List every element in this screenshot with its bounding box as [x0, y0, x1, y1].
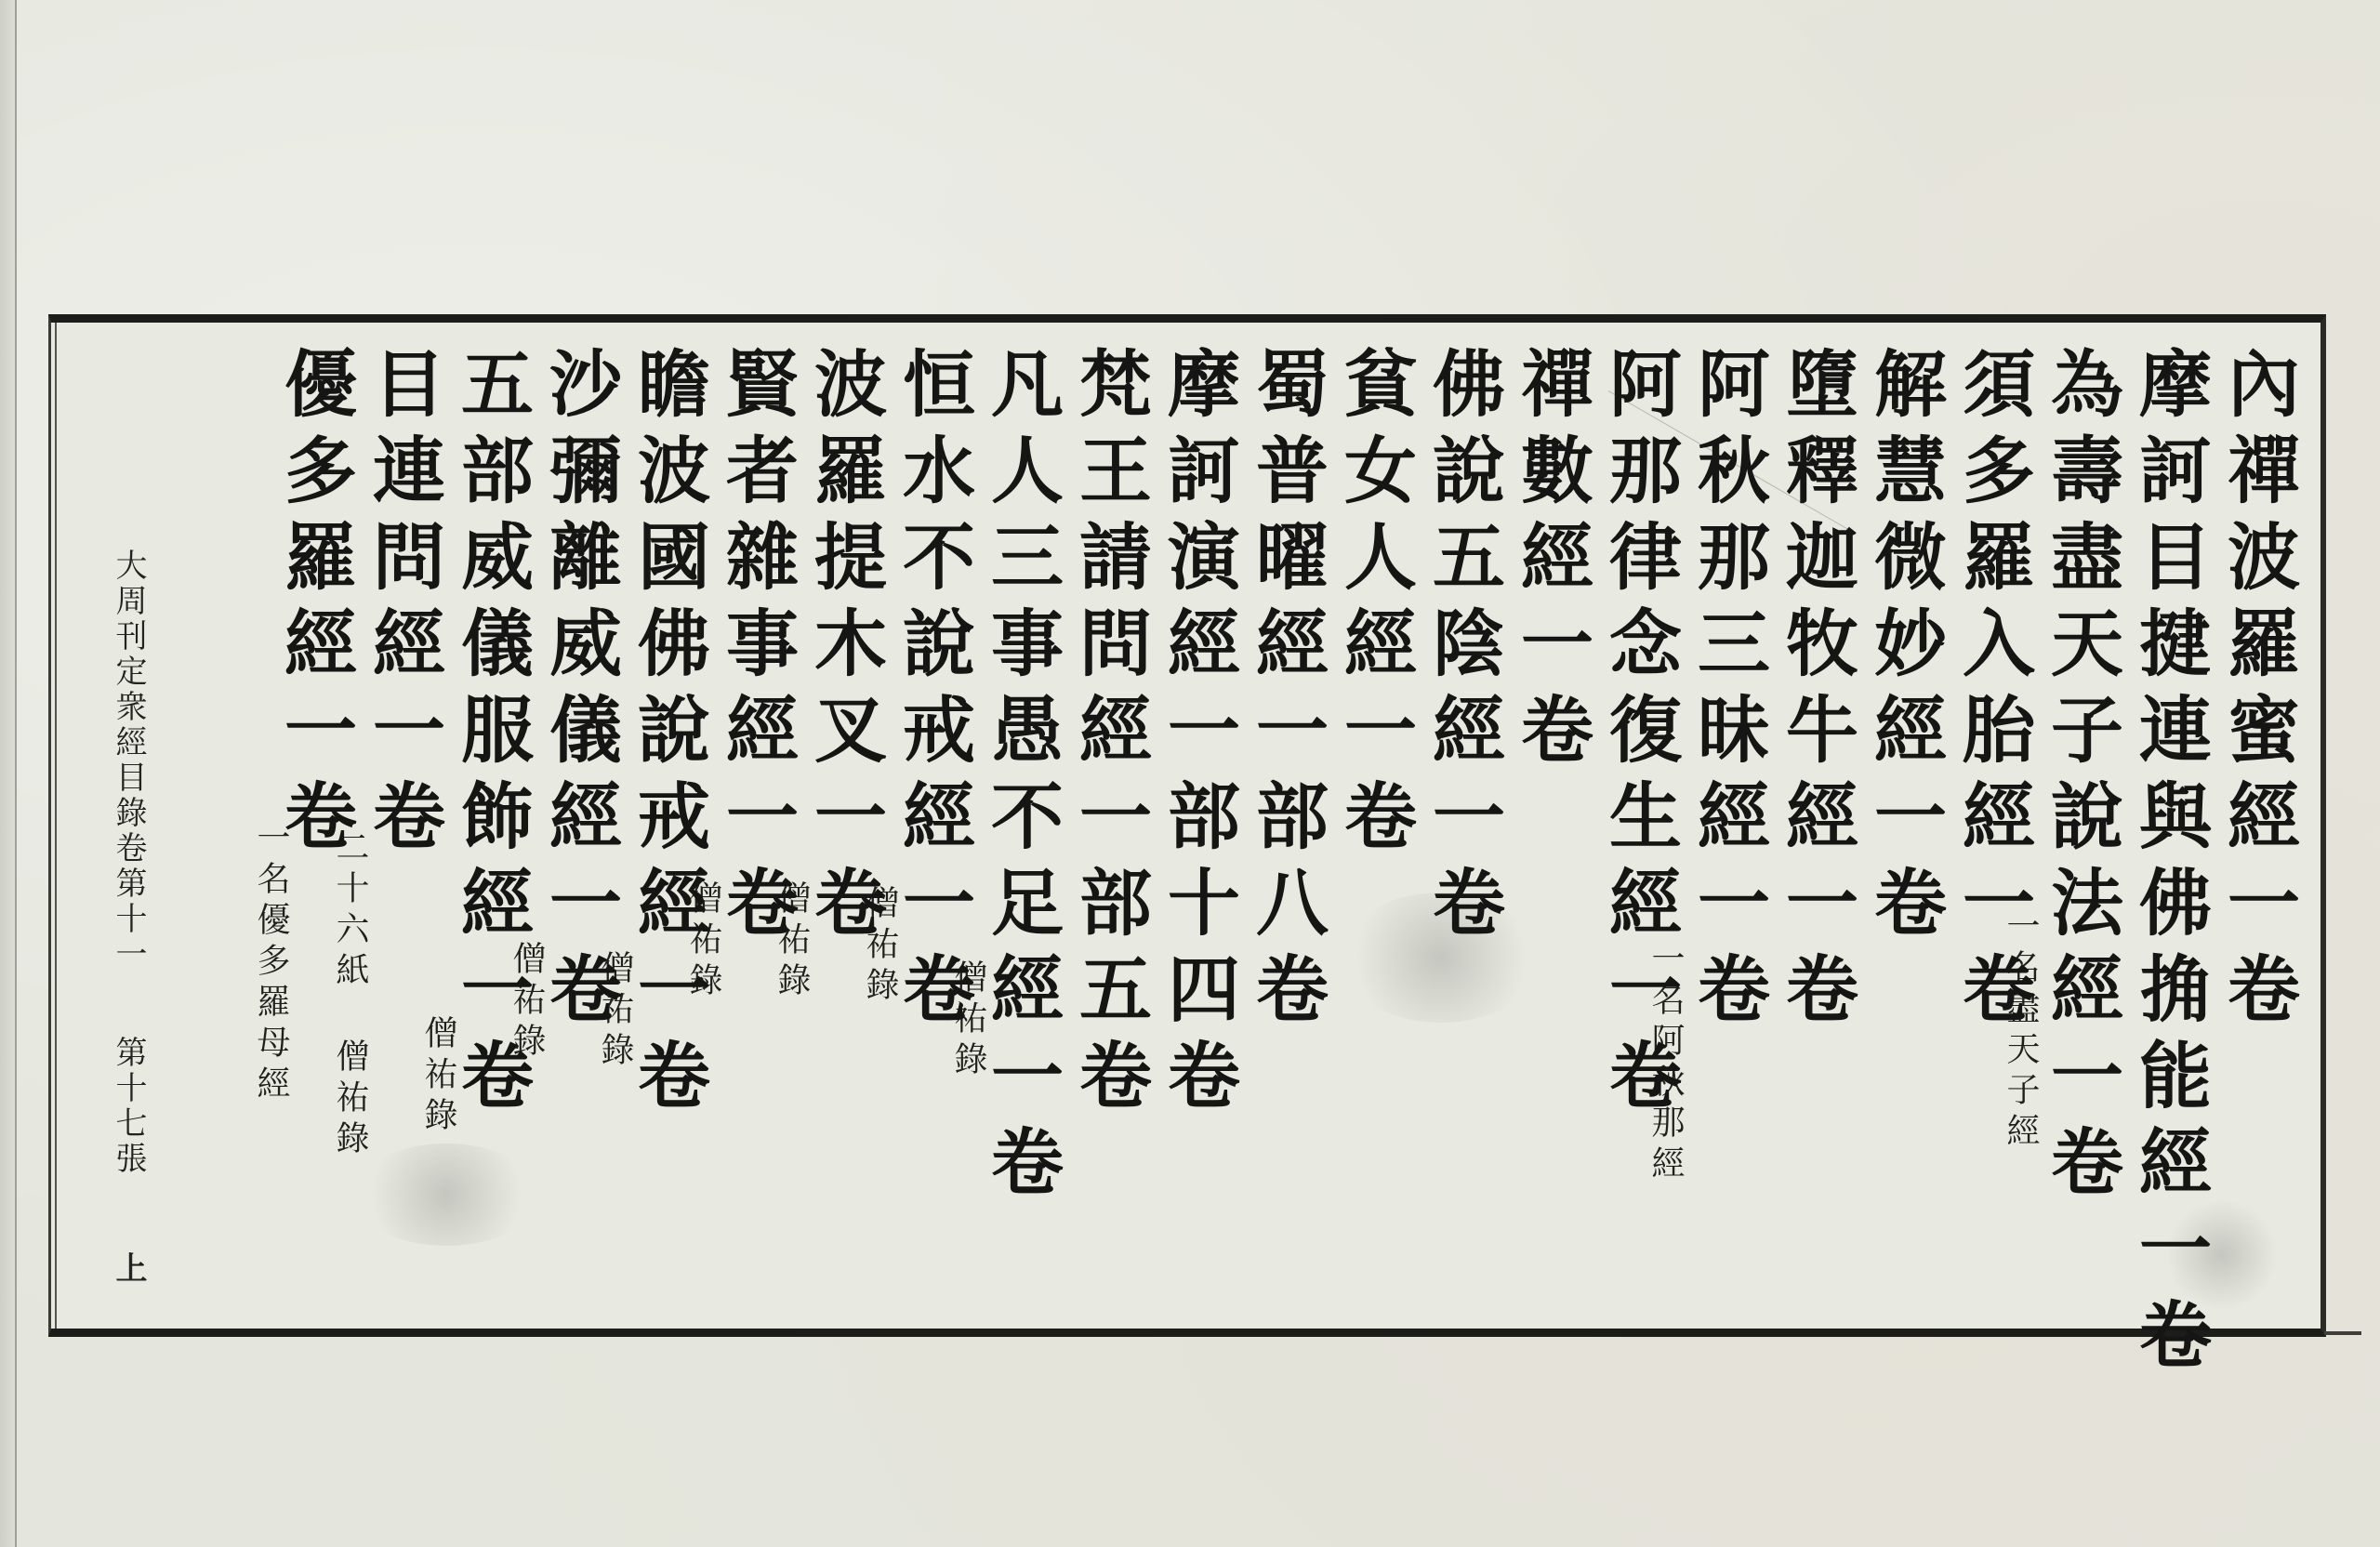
entry-column: 優多羅經一卷 一名優多羅母經: [271, 346, 359, 1322]
sutra-title: 貧女人經一卷: [1330, 346, 1419, 865]
entry-column: 五部威儀服飾經一卷 僧祐錄: [447, 346, 535, 1322]
entry-column: 目連問經一卷 二十六紙 僧祐錄: [359, 346, 447, 1322]
binding-edge-line: [15, 0, 17, 1547]
sutra-title: 內禪波羅蜜經一卷: [2214, 346, 2302, 1038]
entry-column: 佛說五陰經一卷: [1419, 346, 1507, 1322]
sutra-title: 恒水不說戒經一卷: [889, 346, 977, 1038]
margin-book-title: 大周刊定衆經目錄卷第十一: [110, 549, 147, 972]
sutra-title: 阿秋那三昧經一卷: [1684, 346, 1772, 1038]
sutra-title: 蜀普曜經一部八卷: [1242, 346, 1330, 1038]
entry-column: 瞻波國佛說戒經一卷 僧祐錄: [624, 346, 712, 1322]
entry-column: 摩訶演經一部十四卷: [1154, 346, 1242, 1322]
entry-column: 賢者雜事經一卷 僧祐錄: [712, 346, 800, 1322]
frame-rule-extension: [2324, 1331, 2361, 1335]
sutra-title: 為壽盡天子說法經一卷: [2037, 346, 2125, 1210]
entry-column: 沙彌離威儀經一卷 僧祐錄: [535, 346, 624, 1322]
frame-inner-rule: [55, 323, 57, 1329]
entry-column: 波羅提木叉一卷 僧祐錄: [800, 346, 889, 1322]
entry-column: 阿那律念復生經一卷: [1595, 346, 1684, 1322]
sutra-title: 佛說五陰經一卷: [1419, 346, 1507, 951]
entry-column: 梵王請問經一部五卷: [1065, 346, 1154, 1322]
entry-column: 墮釋迦牧牛經一卷: [1772, 346, 1860, 1322]
entry-column: 須多羅入胎經一卷: [1949, 346, 2037, 1322]
sutra-title: 波羅提木叉一卷: [800, 346, 889, 951]
sutra-title: 瞻波國佛說戒經一卷: [624, 346, 712, 1124]
sutra-title: 摩訶演經一部十四卷: [1154, 346, 1242, 1124]
sutra-title: 凡人三事愚不足經一卷: [977, 346, 1065, 1210]
entry-column: 為壽盡天子說法經一卷 一名盡天子經: [2037, 346, 2125, 1322]
entry-column: 凡人三事愚不足經一卷 僧祐錄: [977, 346, 1065, 1322]
sutra-title: 賢者雜事經一卷: [712, 346, 800, 951]
sutra-title: 須多羅入胎經一卷: [1949, 346, 2037, 1038]
sutra-title: 沙彌離威儀經一卷: [535, 346, 624, 1038]
sutra-title: 解慧微妙經一卷: [1860, 346, 1949, 951]
catalogue-columns: 內禪波羅蜜經一卷 摩訶目揵連與佛捔能經一卷 為壽盡天子說法經一卷 一名盡天子經 …: [89, 346, 2302, 1322]
entry-column: 摩訶目揵連與佛捔能經一卷: [2125, 346, 2214, 1322]
sutra-title: 優多羅經一卷: [271, 346, 359, 865]
entry-column: 阿秋那三昧經一卷 一名阿秋那經: [1684, 346, 1772, 1322]
sutra-title: 墮釋迦牧牛經一卷: [1772, 346, 1860, 1038]
sutra-title: 阿那律念復生經一卷: [1595, 346, 1684, 1124]
sutra-title: 禪數經一卷: [1507, 346, 1595, 778]
entry-column: 恒水不說戒經一卷 僧祐錄: [889, 346, 977, 1322]
margin-sheet-number: 第十七張: [110, 1036, 147, 1177]
margin-title: 大周刊定衆經目錄卷第十一 第十七張 上: [110, 549, 147, 1287]
margin-sheet-side: 上: [110, 1251, 147, 1287]
entry-column: 解慧微妙經一卷: [1860, 346, 1949, 1322]
entry-column: 內禪波羅蜜經一卷: [2214, 346, 2302, 1322]
sutra-title: 梵王請問經一部五卷: [1065, 346, 1154, 1124]
sutra-title: 目連問經一卷: [359, 346, 447, 865]
entry-column: 貧女人經一卷: [1330, 346, 1419, 1322]
sutra-title: 五部威儀服飾經一卷: [447, 346, 535, 1124]
entry-column: 蜀普曜經一部八卷: [1242, 346, 1330, 1322]
sutra-title: 摩訶目揵連與佛捔能經一卷: [2125, 346, 2214, 1383]
annotation-note: 一名優多羅母經: [252, 820, 289, 1106]
entry-column: 禪數經一卷: [1507, 346, 1595, 1322]
